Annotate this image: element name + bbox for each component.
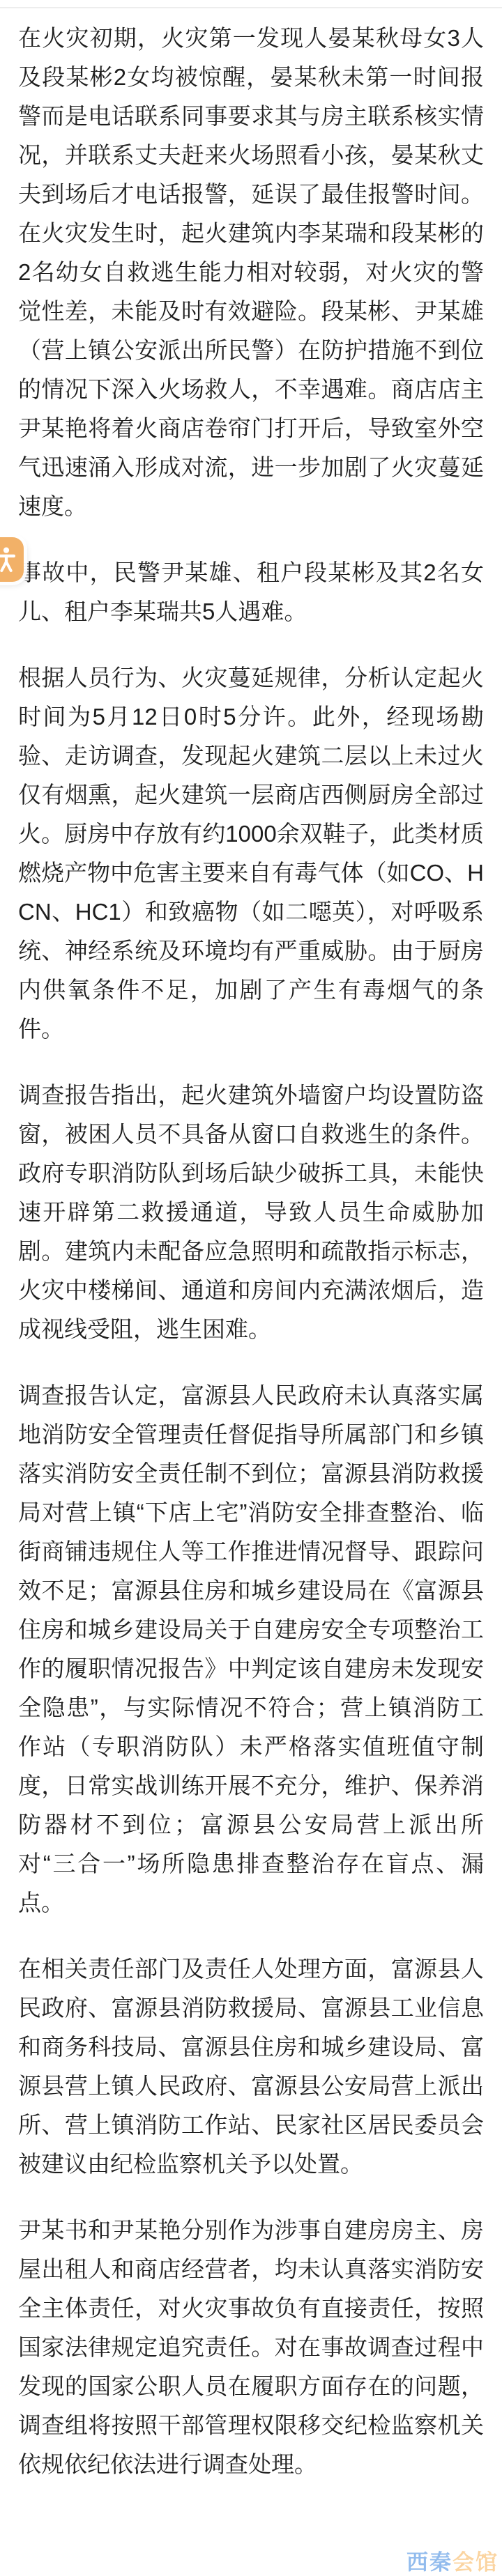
floating-reader-button[interactable] [0,537,24,582]
watermark: 西秦会馆 [406,2545,499,2576]
article-paragraph: 调查报告指出，起火建筑外墙窗户均设置防盗窗，被困人员不具备从窗口自救逃生的条件。… [18,1076,484,1349]
top-divider [0,7,502,8]
article-paragraph: 在火灾初期，火灾第一发现人晏某秋母女3人及段某彬2女均被惊醒，晏某秋未第一时间报… [18,19,484,526]
article-paragraph: 调查报告认定，富源县人民政府未认真落实属地消防安全管理责任督促指导所属部门和乡镇… [18,1376,484,1922]
article-paragraph: 根据人员行为、火灾蔓延规律，分析认定起火时间为5月12日0时5分许。此外，经现场… [18,658,484,1049]
article-paragraph: 事故中，民警尹某雄、租户段某彬及其2名女儿、租户李某瑞共5人遇难。 [18,553,484,631]
article-body: 在火灾初期，火灾第一发现人晏某秋母女3人及段某彬2女均被惊醒，晏某秋未第一时间报… [0,19,502,2511]
accessibility-person-icon [0,546,17,573]
article-paragraph: 尹某书和尹某艳分别作为涉事自建房房主、房屋出租人和商店经营者，均未认真落实消防安… [18,2211,484,2484]
watermark-part1: 西秦 [406,2550,452,2575]
article-paragraph: 在相关责任部门及责任人处理方面，富源县人民政府、富源县消防救援局、富源县工业信息… [18,1950,484,2184]
watermark-part2: 会馆 [452,2550,499,2575]
